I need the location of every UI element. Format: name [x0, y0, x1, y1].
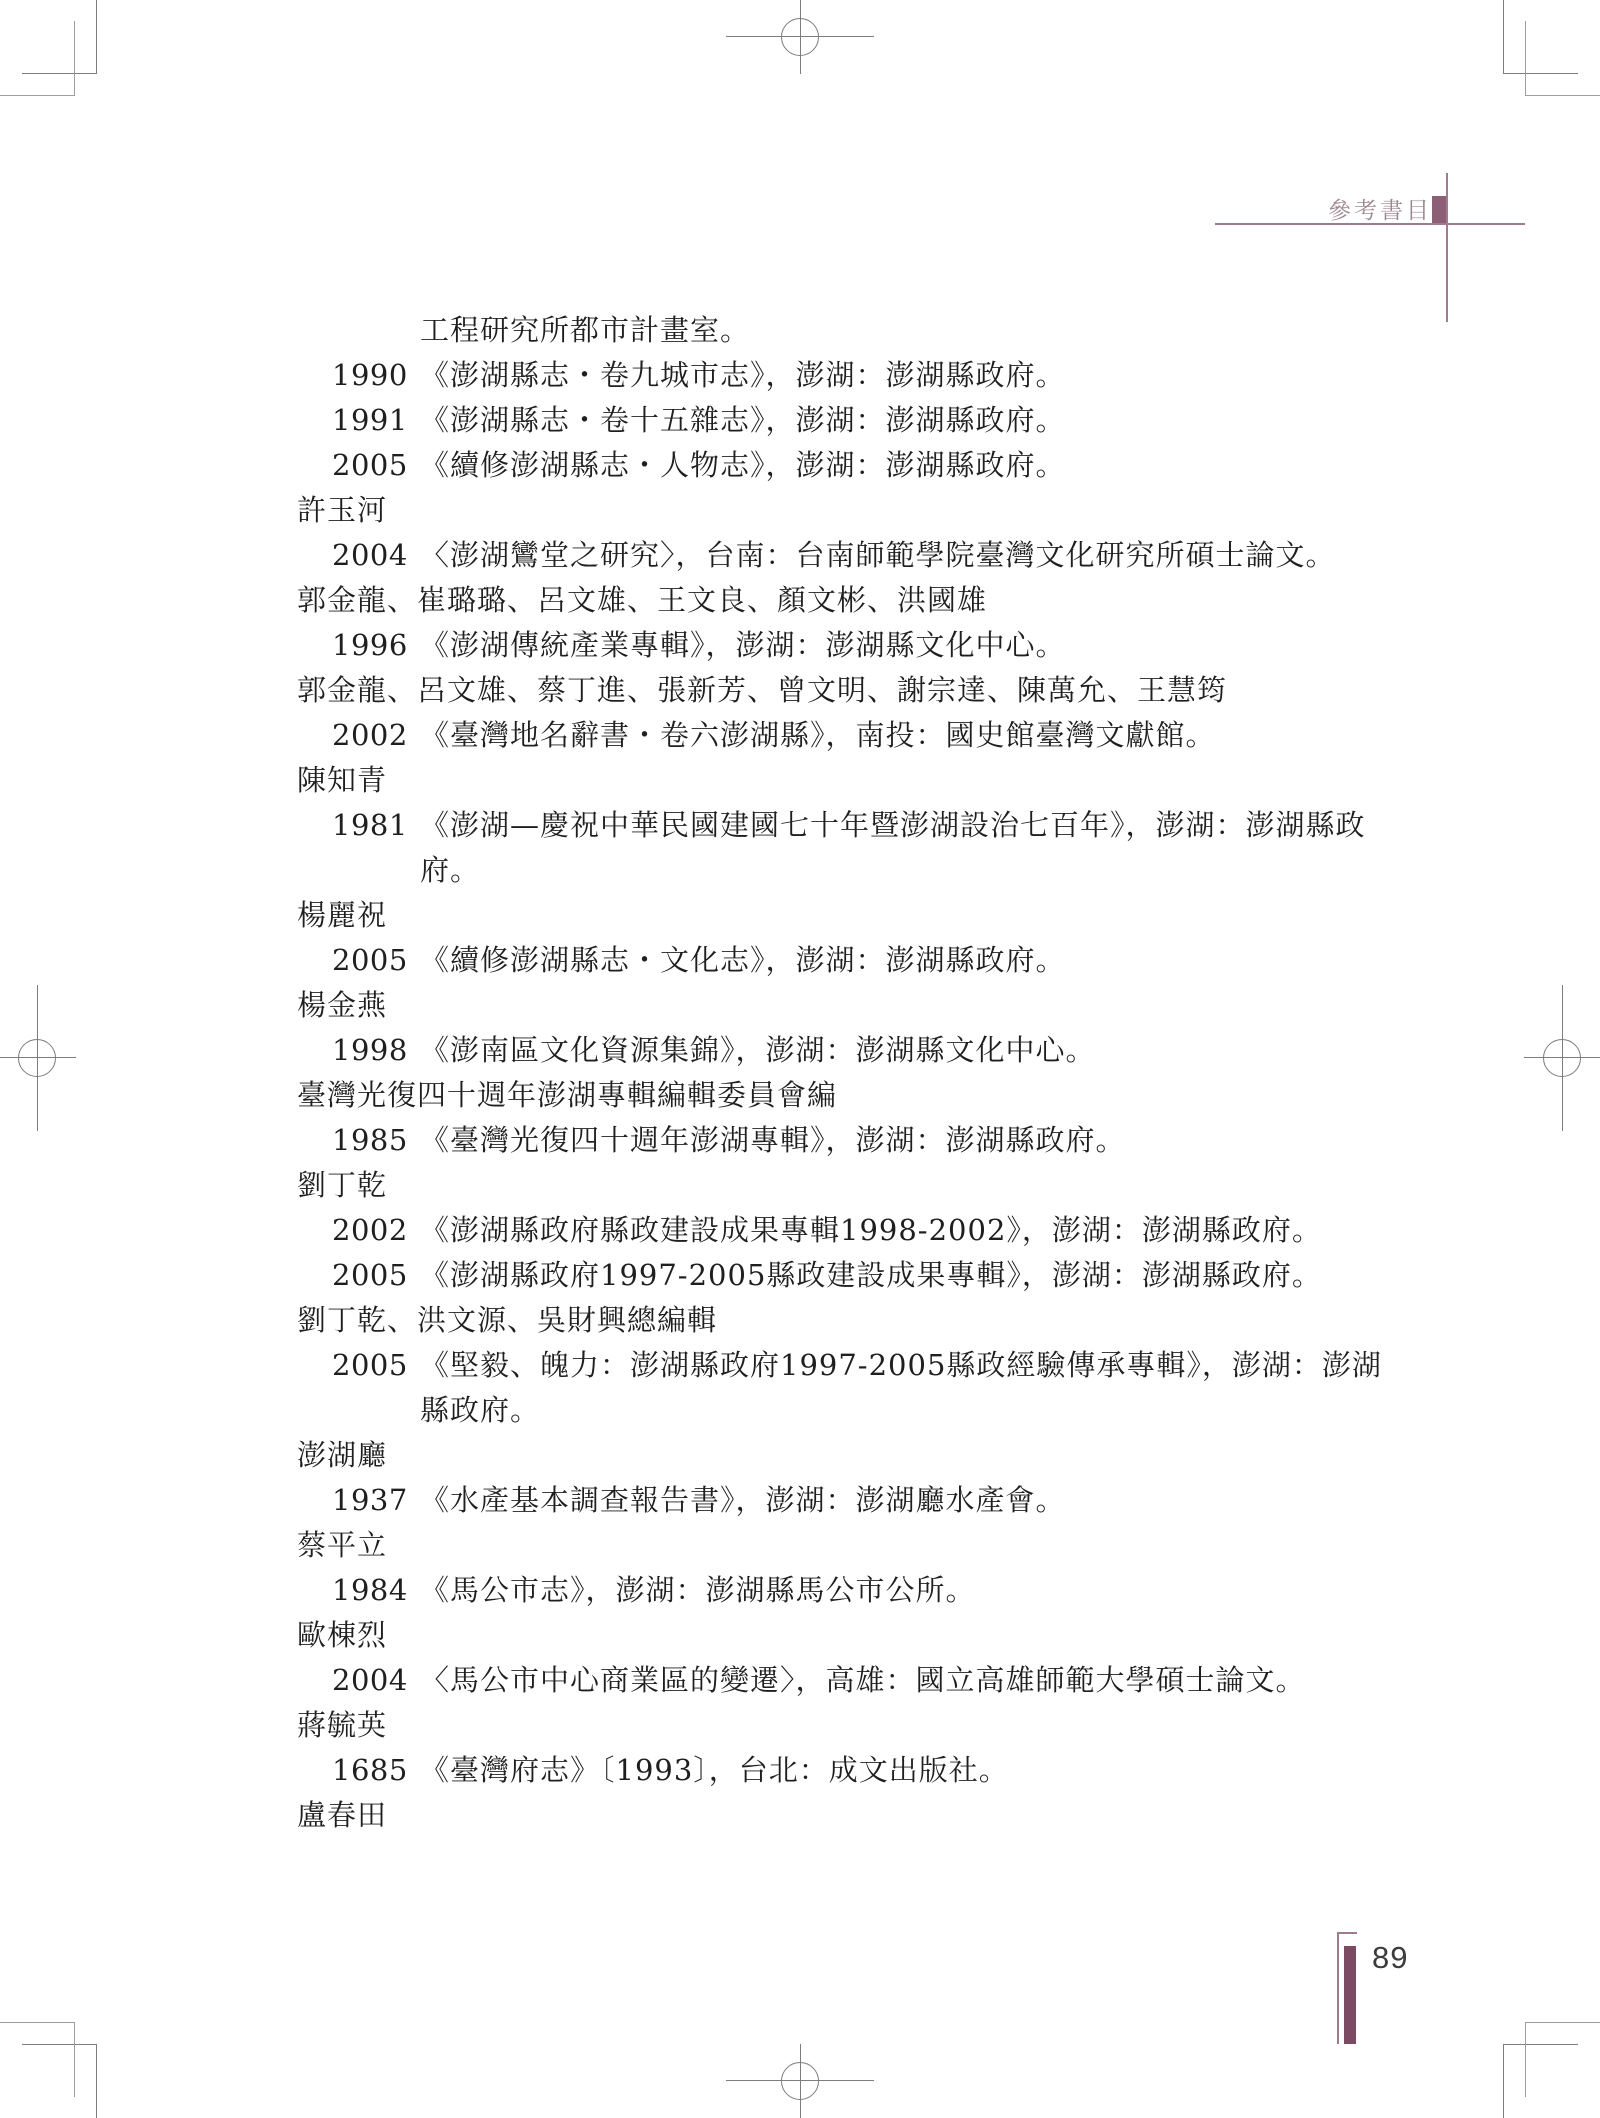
registration-mark-bottom-center — [781, 2062, 819, 2100]
bib-line-author: 蔡平立 — [0, 1523, 1600, 1568]
bib-line-author: 澎湖廳 — [0, 1433, 1600, 1478]
bib-line-item: 1991《澎湖縣志・卷十五雜志》，澎湖：澎湖縣政府。 — [0, 398, 1600, 443]
bib-entry-year: 1981 — [332, 803, 420, 848]
bib-entry-text: 《澎湖—慶祝中華民國建國七十年暨澎湖設治七百年》，澎湖：澎湖縣政 — [420, 808, 1366, 842]
bib-line-author: 楊麗祝 — [0, 893, 1600, 938]
bib-entry-year: 2004 — [332, 1658, 420, 1703]
crop-mark-bottom-right — [1525, 2022, 1600, 2023]
bib-entry-year: 1985 — [332, 1118, 420, 1163]
bib-line-item: 1998《澎南區文化資源集錦》，澎湖：澎湖縣文化中心。 — [0, 1028, 1600, 1073]
bib-line-item: 1981《澎湖—慶祝中華民國建國七十年暨澎湖設治七百年》，澎湖：澎湖縣政 — [0, 803, 1600, 848]
crop-mark-top-right — [1503, 0, 1504, 74]
bib-entry-text: 《澎湖傳統產業專輯》，澎湖：澎湖縣文化中心。 — [420, 628, 1066, 662]
bib-line-author: 許玉河 — [0, 488, 1600, 533]
bib-entry-year: 2004 — [332, 533, 420, 578]
bib-line-item: 1996《澎湖傳統產業專輯》，澎湖：澎湖縣文化中心。 — [0, 623, 1600, 668]
bib-line-author: 盧春田 — [0, 1793, 1600, 1838]
crop-mark-top-left — [74, 21, 75, 95]
bib-line-cont: 府。 — [0, 848, 1600, 893]
bib-entry-text: 《澎湖縣政府縣政建設成果專輯1998-2002》，澎湖：澎湖縣政府。 — [420, 1213, 1322, 1247]
crop-mark-bottom-right — [1503, 2044, 1504, 2118]
bib-line-author: 蔣毓英 — [0, 1703, 1600, 1748]
crop-mark-top-right — [1525, 21, 1526, 95]
bib-entry-text: 《澎湖縣志・卷十五雜志》，澎湖：澎湖縣政府。 — [420, 403, 1066, 437]
bibliography-list: 工程研究所都市計畫室。1990《澎湖縣志・卷九城市志》，澎湖：澎湖縣政府。199… — [0, 308, 1600, 1838]
bib-line-item: 1985《臺灣光復四十週年澎湖專輯》，澎湖：澎湖縣政府。 — [0, 1118, 1600, 1163]
bib-line-item: 2005《澎湖縣政府1997-2005縣政建設成果專輯》，澎湖：澎湖縣政府。 — [0, 1253, 1600, 1298]
bib-line-item: 1937《水產基本調查報告書》，澎湖：澎湖廳水產會。 — [0, 1478, 1600, 1523]
bib-entry-year: 2002 — [332, 1208, 420, 1253]
crop-mark-bottom-left — [96, 2044, 97, 2118]
crop-mark-top-left — [22, 73, 97, 74]
bib-line-author: 歐棟烈 — [0, 1613, 1600, 1658]
crop-mark-top-right — [1503, 73, 1578, 74]
bib-entry-text: 《臺灣地名辭書・卷六澎湖縣》，南投：國史館臺灣文獻館。 — [420, 718, 1216, 752]
crop-mark-bottom-right — [1525, 2023, 1526, 2097]
bib-entry-year: 2005 — [332, 443, 420, 488]
bib-entry-year: 1996 — [332, 623, 420, 668]
bib-entry-text: 《澎湖縣政府1997-2005縣政建設成果專輯》，澎湖：澎湖縣政府。 — [420, 1258, 1322, 1292]
page-number: 89 — [1372, 1940, 1408, 1976]
book-page: { "header": { "title": "參考書目" }, "footer… — [0, 0, 1600, 2118]
bib-line-item: 2004〈澎湖鸞堂之研究〉，台南：台南師範學院臺灣文化研究所碩士論文。 — [0, 533, 1600, 578]
bib-line-item: 1990《澎湖縣志・卷九城市志》，澎湖：澎湖縣政府。 — [0, 353, 1600, 398]
header-accent-square — [1432, 196, 1447, 224]
running-header-title: 參考書目 — [1328, 192, 1432, 225]
bib-entry-text: 〈澎湖鸞堂之研究〉，台南：台南師範學院臺灣文化研究所碩士論文。 — [420, 538, 1336, 572]
bib-entry-year: 1991 — [332, 398, 420, 443]
crop-mark-bottom-right — [1503, 2044, 1578, 2045]
bib-line-item: 2004〈馬公市中心商業區的變遷〉，高雄：國立高雄師範大學碩士論文。 — [0, 1658, 1600, 1703]
bib-line-cont: 縣政府。 — [0, 1388, 1600, 1433]
bib-line-author: 郭金龍、崔璐璐、呂文雄、王文良、顏文彬、洪國雄 — [0, 578, 1600, 623]
bib-entry-text: 《臺灣府志》〔1993〕，台北：成文出版社。 — [420, 1753, 1009, 1787]
bib-line-item: 2002《澎湖縣政府縣政建設成果專輯1998-2002》，澎湖：澎湖縣政府。 — [0, 1208, 1600, 1253]
crop-mark-top-right — [1525, 95, 1600, 96]
bib-line-author: 楊金燕 — [0, 983, 1600, 1028]
bib-line-author: 陳知青 — [0, 758, 1600, 803]
bib-entry-text: 《馬公市志》，澎湖：澎湖縣馬公市公所。 — [420, 1573, 976, 1607]
bib-entry-year: 2005 — [332, 1343, 420, 1388]
bib-entry-year: 1685 — [332, 1748, 420, 1793]
header-horizontal-rule — [1215, 223, 1525, 225]
page-number-accent-bar — [1344, 1946, 1356, 2044]
bib-line-author: 臺灣光復四十週年澎湖專輯編輯委員會編 — [0, 1073, 1600, 1118]
crop-mark-bottom-left — [74, 2023, 75, 2097]
page-number-rule — [1337, 1932, 1357, 1934]
bib-line-author: 郭金龍、呂文雄、蔡丁進、張新芳、曾文明、謝宗達、陳萬允、王慧筠 — [0, 668, 1600, 713]
crop-mark-bottom-left — [0, 2022, 75, 2023]
crop-mark-top-left — [0, 95, 75, 96]
bib-line-author: 劉丁乾、洪文源、吳財興總編輯 — [0, 1298, 1600, 1343]
bib-entry-year: 1984 — [332, 1568, 420, 1613]
bib-line-item: 2005《續修澎湖縣志・人物志》，澎湖：澎湖縣政府。 — [0, 443, 1600, 488]
bib-entry-text: 《澎南區文化資源集錦》，澎湖：澎湖縣文化中心。 — [420, 1033, 1096, 1067]
bib-entry-text: 〈馬公市中心商業區的變遷〉，高雄：國立高雄師範大學碩士論文。 — [420, 1663, 1306, 1697]
bib-entry-year: 1990 — [332, 353, 420, 398]
bib-line-item: 1984《馬公市志》，澎湖：澎湖縣馬公市公所。 — [0, 1568, 1600, 1613]
bib-entry-text: 《臺灣光復四十週年澎湖專輯》，澎湖：澎湖縣政府。 — [420, 1123, 1126, 1157]
bib-entry-year: 2002 — [332, 713, 420, 758]
registration-mark-top-center — [781, 18, 819, 56]
bib-entry-year: 2005 — [332, 938, 420, 983]
bib-entry-text: 《水產基本調查報告書》，澎湖：澎湖廳水產會。 — [420, 1483, 1066, 1517]
bib-entry-year: 1937 — [332, 1478, 420, 1523]
bib-line-item: 2005《續修澎湖縣志・文化志》，澎湖：澎湖縣政府。 — [0, 938, 1600, 983]
bib-line-cont: 工程研究所都市計畫室。 — [0, 308, 1600, 353]
bib-line-item: 1685《臺灣府志》〔1993〕，台北：成文出版社。 — [0, 1748, 1600, 1793]
bib-line-item: 2002《臺灣地名辭書・卷六澎湖縣》，南投：國史館臺灣文獻館。 — [0, 713, 1600, 758]
header-vertical-rule — [1446, 173, 1448, 322]
bib-line-author: 劉丁乾 — [0, 1163, 1600, 1208]
bib-entry-year: 1998 — [332, 1028, 420, 1073]
page-number-rule — [1337, 1932, 1339, 2044]
crop-mark-bottom-left — [22, 2044, 97, 2045]
bib-entry-text: 《續修澎湖縣志・人物志》，澎湖：澎湖縣政府。 — [420, 448, 1066, 482]
bib-line-item: 2005《堅毅、魄力：澎湖縣政府1997-2005縣政經驗傳承專輯》，澎湖：澎湖 — [0, 1343, 1600, 1388]
bib-entry-text: 《澎湖縣志・卷九城市志》，澎湖：澎湖縣政府。 — [420, 358, 1066, 392]
crop-mark-top-left — [96, 0, 97, 74]
bib-entry-year: 2005 — [332, 1253, 420, 1298]
bib-entry-text: 《續修澎湖縣志・文化志》，澎湖：澎湖縣政府。 — [420, 943, 1066, 977]
bib-entry-text: 《堅毅、魄力：澎湖縣政府1997-2005縣政經驗傳承專輯》，澎湖：澎湖 — [420, 1348, 1382, 1382]
